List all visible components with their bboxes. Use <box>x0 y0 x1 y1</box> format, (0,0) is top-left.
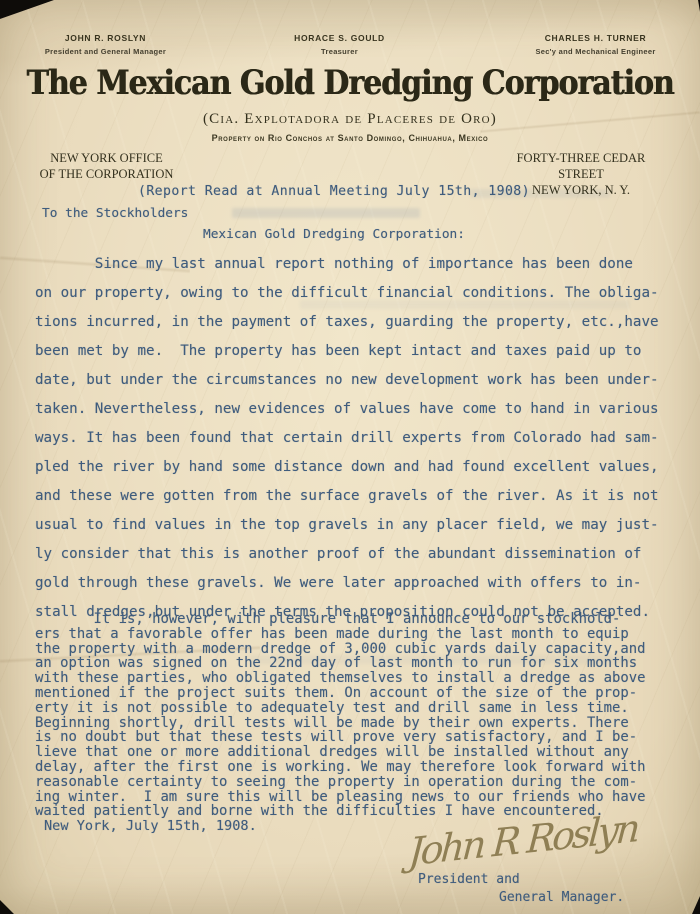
officer-title: President and General Manager <box>18 47 193 56</box>
property-location-line: Property on Rio Conchos at Santo Domingo… <box>0 133 700 143</box>
officer-secretary: CHARLES H. TURNER Sec'y and Mechanical E… <box>498 33 693 56</box>
letter-paragraph-2: It is, however, with pleasure that I ann… <box>35 612 685 819</box>
company-name: The Mexican Gold Dredging Corporation <box>0 64 700 103</box>
ink-transfer-ghost <box>232 208 420 218</box>
company-name-spanish: (Cia. Explotadora de Placeres de Oro) <box>0 111 700 128</box>
officer-name: HORACE S. GOULD <box>252 33 427 43</box>
letter-paragraph-1: Since my last annual report nothing of i… <box>35 250 683 627</box>
officer-title: Sec'y and Mechanical Engineer <box>498 47 693 56</box>
officer-title: Treasurer <box>252 47 427 56</box>
new-york-office-block: NEW YORK OFFICE OF THE CORPORATION <box>34 150 179 182</box>
address-line: FORTY-THREE CEDAR STREET <box>495 150 667 182</box>
officer-treasurer: HORACE S. GOULD Treasurer <box>252 33 427 56</box>
office-line: NEW YORK OFFICE <box>34 150 179 166</box>
officer-name: JOHN R. ROSLYN <box>18 33 193 43</box>
report-heading: (Report Read at Annual Meeting July 15th… <box>138 184 530 199</box>
officer-name: CHARLES H. TURNER <box>498 33 693 43</box>
letter-paper: JOHN R. ROSLYN President and General Man… <box>0 0 700 914</box>
salutation-corporation: Mexican Gold Dredging Corporation: <box>203 227 465 242</box>
signoff-general-manager: General Manager. <box>499 890 624 905</box>
salutation-stockholders: To the Stockholders <box>42 206 188 221</box>
office-line: OF THE CORPORATION <box>34 166 179 182</box>
dateline: New York, July 15th, 1908. <box>44 818 257 834</box>
officer-president: JOHN R. ROSLYN President and General Man… <box>18 33 193 56</box>
signoff-president: President and <box>418 872 520 887</box>
scan-background: JOHN R. ROSLYN President and General Man… <box>0 0 700 914</box>
